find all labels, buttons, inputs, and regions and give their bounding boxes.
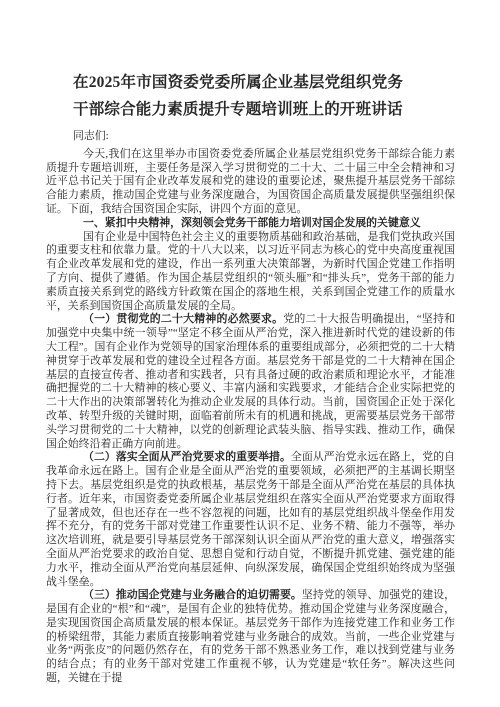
document-title: 在2025年市国资委党委所属企业基层党组织党务干部综合能力素质提升专题培训班上的… — [73, 69, 409, 123]
section-heading: 一、紧扣中央精神，深刻领会党务干部能力培训对国企发展的关键意义 — [46, 217, 455, 231]
paragraph: （三）推动国企党建与业务融合的迫切需要。坚持党的领导、加强党的建设，是国有企业的… — [46, 589, 455, 686]
paragraph: 国有企业是中国特色社会主义的重要物质基础和政治基础，是我们党执政兴国的重要支柱和… — [46, 231, 455, 314]
paragraph-lead: （一）贯彻党的二十大精神的必然要求。 — [83, 313, 283, 325]
paragraph: （一）贯彻党的二十大精神的必然要求。党的二十大报告明确提出，“坚持和加强党中央集… — [46, 313, 455, 451]
paragraph-lead: （二）落实全面从严治党要求的重要举措。 — [83, 451, 291, 463]
paragraph: （二）落实全面从严治党要求的重要举措。全面从严治党永远在路上，党的自我革命永远在… — [46, 451, 455, 589]
paragraph: 今天,我们在这里举办市国资委党委所属企业基层党组织党务干部综合能力素质提升专题培… — [46, 148, 455, 217]
salutation: 同志们: — [46, 130, 455, 144]
document-content: 在2025年市国资委党委所属企业基层党组织党务干部综合能力素质提升专题培训班上的… — [0, 0, 500, 686]
document-page: 在2025年市国资委党委所属企业基层党组织党务干部综合能力素质提升专题培训班上的… — [0, 0, 500, 707]
paragraph-lead: （三）推动国企党建与业务融合的迫切需要。 — [83, 589, 302, 601]
document-body: 今天,我们在这里举办市国资委党委所属企业基层党组织党务干部综合能力素质提升专题培… — [46, 148, 455, 686]
